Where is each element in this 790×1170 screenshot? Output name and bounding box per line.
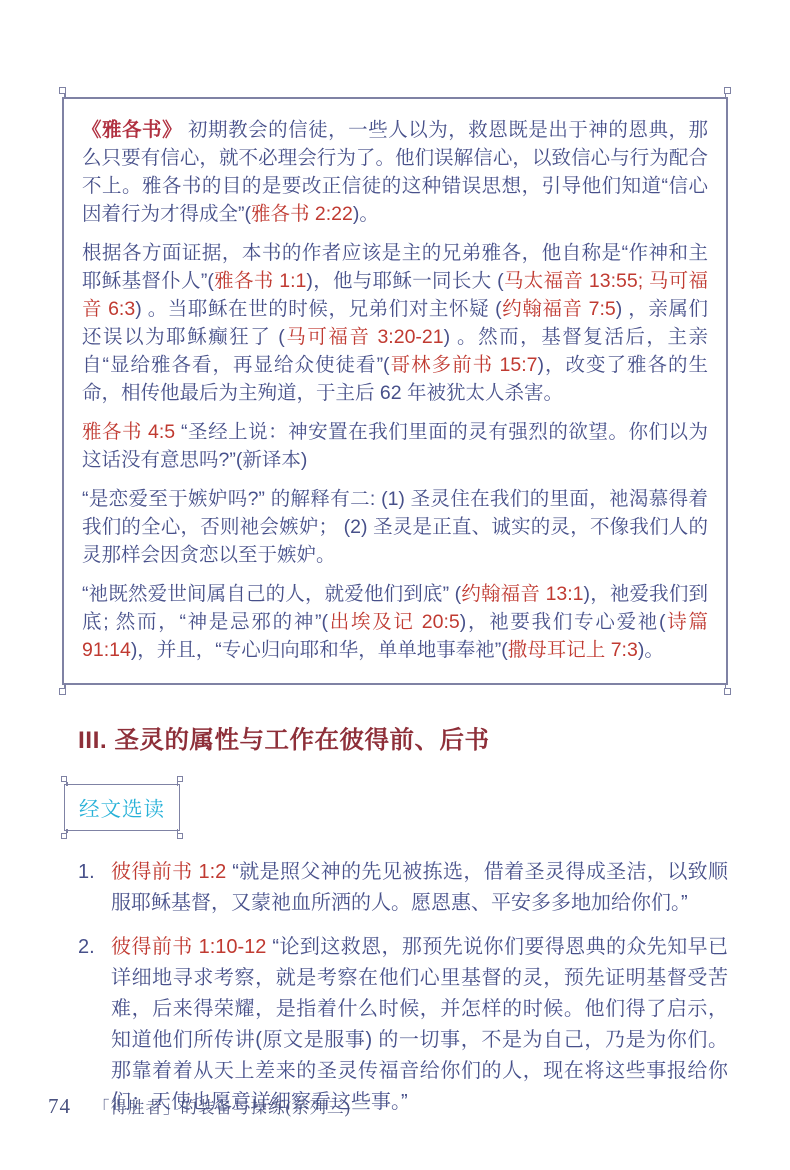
section-heading: III. 圣灵的属性与工作在彼得前、后书: [78, 721, 728, 756]
list-item-number: 2.: [78, 932, 111, 963]
scripture-reference: 雅各书 4:5: [82, 421, 175, 443]
list-item: 2. 彼得前书 1:10-12 “论到这救恩，那预先说你们要得恩典的众先知早已详…: [78, 932, 728, 1118]
text-segment: 《雅各书》: [82, 119, 182, 141]
corner-ornament-icon: [177, 776, 183, 782]
text-segment: )，并且，“专心归向耶和华，单单地事奉祂”(: [131, 639, 508, 661]
scripture-reference: 雅各书 1:1: [214, 270, 307, 292]
box-paragraph-jealousy-explanations: “是恋爱至于嫉妒吗?” 的解释有二: (1) 圣灵住在我们的里面，祂渴慕得着我们…: [82, 485, 708, 569]
list-item-text: 彼得前书 1:10-12 “论到这救恩，那预先说你们要得恩典的众先知早已详细地寻…: [111, 932, 728, 1118]
page-number: 74: [48, 1094, 71, 1119]
text-segment: “是恋爱至于嫉妒吗?” 的解释有二: (1) 圣灵住在我们的里面，祂渴慕得着我们…: [82, 488, 708, 566]
scripture-reference: 出埃及记 20:5: [328, 611, 460, 633]
scripture-reference: 雅各书 2:22: [251, 203, 353, 225]
page-footer: 74 「得胜者」的装备与操练(系列三): [48, 1094, 351, 1119]
corner-ornament-icon: [724, 87, 731, 94]
list-item: 1. 彼得前书 1:2 “就是照父神的先见被拣选，借着圣灵得成圣洁，以致顺服耶稣…: [78, 857, 728, 919]
corner-ornament-icon: [59, 87, 66, 94]
footer-book-title: 「得胜者」的装备与操练(系列三): [93, 1094, 351, 1118]
scripture-selection-label: 经文选读: [79, 798, 165, 821]
list-item-text: 彼得前书 1:2 “就是照父神的先见被拣选，借着圣灵得成圣洁，以致顺服耶稣基督，…: [111, 857, 728, 919]
scripture-quotation-list: 1. 彼得前书 1:2 “就是照父神的先见被拣选，借着圣灵得成圣洁，以致顺服耶稣…: [78, 857, 728, 1118]
corner-ornament-icon: [61, 776, 67, 782]
text-segment: “论到这救恩，那预先说你们要得恩典的众先知早已详细地寻求考察，就是考察在他们心里…: [111, 936, 728, 1113]
scripture-reference: 马可福音 3:20-21: [285, 326, 444, 348]
box-paragraph-authorship: 根据各方面证据，本书的作者应该是主的兄弟雅各，他自称是“作神和主耶稣基督仆人”(…: [82, 239, 708, 407]
corner-ornament-icon: [177, 833, 183, 839]
box-paragraph-james-intro: 《雅各书》 初期教会的信徒，一些人以为，救恩既是出于神的恩典，那么只要有信心，就…: [82, 116, 708, 228]
list-item-number: 1.: [78, 857, 111, 888]
text-segment: )。: [353, 203, 379, 225]
text-segment: )，他与耶稣一同长大 (: [306, 270, 503, 292]
box-paragraph-james-4-5: 雅各书 4:5 “圣经上说：神安置在我们里面的灵有强烈的欲望。你们以为这话没有意…: [82, 418, 708, 474]
scripture-reference: 约翰福音 7:5: [502, 298, 616, 320]
text-segment: “祂既然爱世间属自己的人，就爱他们到底” (: [82, 583, 461, 605]
scripture-reference: 撒母耳记上 7:3: [508, 639, 638, 661]
text-segment: ) 。当耶稣在世的时候，兄弟们对主怀疑 (: [135, 298, 501, 320]
box-paragraph-love-to-the-end: “祂既然爱世间属自己的人，就爱他们到底” (约翰福音 13:1)，祂爱我们到底;…: [82, 580, 708, 664]
text-segment: )。: [638, 639, 664, 661]
corner-ornament-icon: [59, 688, 66, 695]
text-segment: )，祂要我们专心爱祂(: [460, 611, 666, 633]
scripture-reference: 彼得前书 1:2: [111, 861, 226, 883]
scripture-reference: 约翰福音 13:1: [461, 583, 583, 605]
corner-ornament-icon: [724, 688, 731, 695]
scripture-reference: 彼得前书 1:10-12: [111, 936, 266, 958]
text-segment: “圣经上说：神安置在我们里面的灵有强烈的欲望。你们以为这话没有意思吗?”(新译本…: [82, 421, 708, 471]
scripture-reference: 哥林多前书 15:7: [390, 354, 538, 376]
scripture-commentary-box: 《雅各书》 初期教会的信徒，一些人以为，救恩既是出于神的恩典，那么只要有信心，就…: [62, 97, 728, 685]
scripture-selection-badge: 经文选读: [64, 784, 180, 831]
corner-ornament-icon: [61, 833, 67, 839]
